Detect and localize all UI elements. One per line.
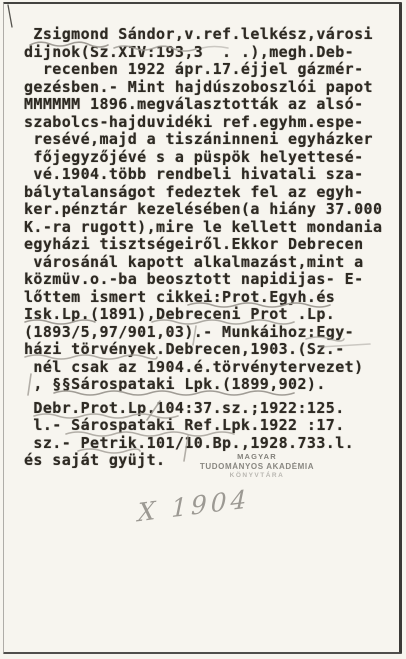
typed-line: l.- Sárospataki Ref.Lpk.1922 :17. xyxy=(24,417,396,435)
scanned-card-page: { "doc": { "body_lines": [ " Zsigmond Sá… xyxy=(0,0,406,659)
typed-line: főjegyzőjévé s a püspök helyettesé- xyxy=(24,149,396,167)
stamp-line: KÖNYVTÁRA xyxy=(193,471,321,481)
typed-line: dijnok(Sz.XIV:193,3 . .),megh.Deb- xyxy=(24,44,396,62)
stamp-line: TUDOMÁNYOS AKADÉMIA xyxy=(193,462,321,472)
typed-line: egyházi tisztségeiről.Ekkor Debrecen xyxy=(24,236,396,254)
typed-line: bálytalanságot fedeztek fel az egyh- xyxy=(24,184,396,202)
typed-line: házi törvények.Debrecen,1903.(Sz.- xyxy=(24,341,396,359)
typed-line: sz.- Petrik.101/10.Bp.,1928.733.l. xyxy=(24,435,396,453)
typed-line: városánál kapott alkalmazást,mint a xyxy=(24,254,396,272)
typed-line: gezésben.- Mint hajdúszoboszlói papot xyxy=(24,79,396,97)
library-stamp: MAGYAR TUDOMÁNYOS AKADÉMIA KÖNYVTÁRA xyxy=(193,452,321,481)
typed-line: recenben 1922 ápr.17.éjjel gázmér- xyxy=(24,61,396,79)
typed-line: Isk.Lp.(1891),Debreceni Prot .Lp. xyxy=(24,306,396,324)
typed-line: vé.1904.több rendbeli hivatali sza- xyxy=(24,166,396,184)
typed-line: (1893/5,97/901,03).- Munkáihoz:Egy- xyxy=(24,324,396,342)
typed-line: szabolcs-hajduvidéki ref.egyhm.espe- xyxy=(24,114,396,132)
typewritten-text-block: Zsigmond Sándor,v.ref.lelkész,városi dij… xyxy=(24,26,396,470)
typed-line: , §§Sárospataki Lpk.(1899,902). xyxy=(24,376,396,394)
typed-line: közmüv.o.-ba beosztott napidijas- E- xyxy=(24,271,396,289)
typed-line: resévé,majd a tiszáninneni egyházker xyxy=(24,131,396,149)
typed-line: Zsigmond Sándor,v.ref.lelkész,városi xyxy=(24,26,396,44)
typed-line: Debr.Prot.Lp.104:37.sz.;1922:125. xyxy=(24,400,396,418)
typed-line: lőttem ismert cikkei:Prot.Egyh.és xyxy=(24,289,396,307)
stamp-line: MAGYAR xyxy=(193,452,321,462)
typed-line: nél csak az 1904.é.törvénytervezet) xyxy=(24,359,396,377)
typed-line: K.-ra rugott),mire le kellett mondania xyxy=(24,219,396,237)
handwritten-note: X 1904 xyxy=(137,482,267,527)
typed-line: MMMMMM 1896.megválasztották az alsó- xyxy=(24,96,396,114)
scan-corner-mark xyxy=(8,5,12,27)
typed-line: ker.pénztár kezelésében(a hiány 37.000 xyxy=(24,201,396,219)
